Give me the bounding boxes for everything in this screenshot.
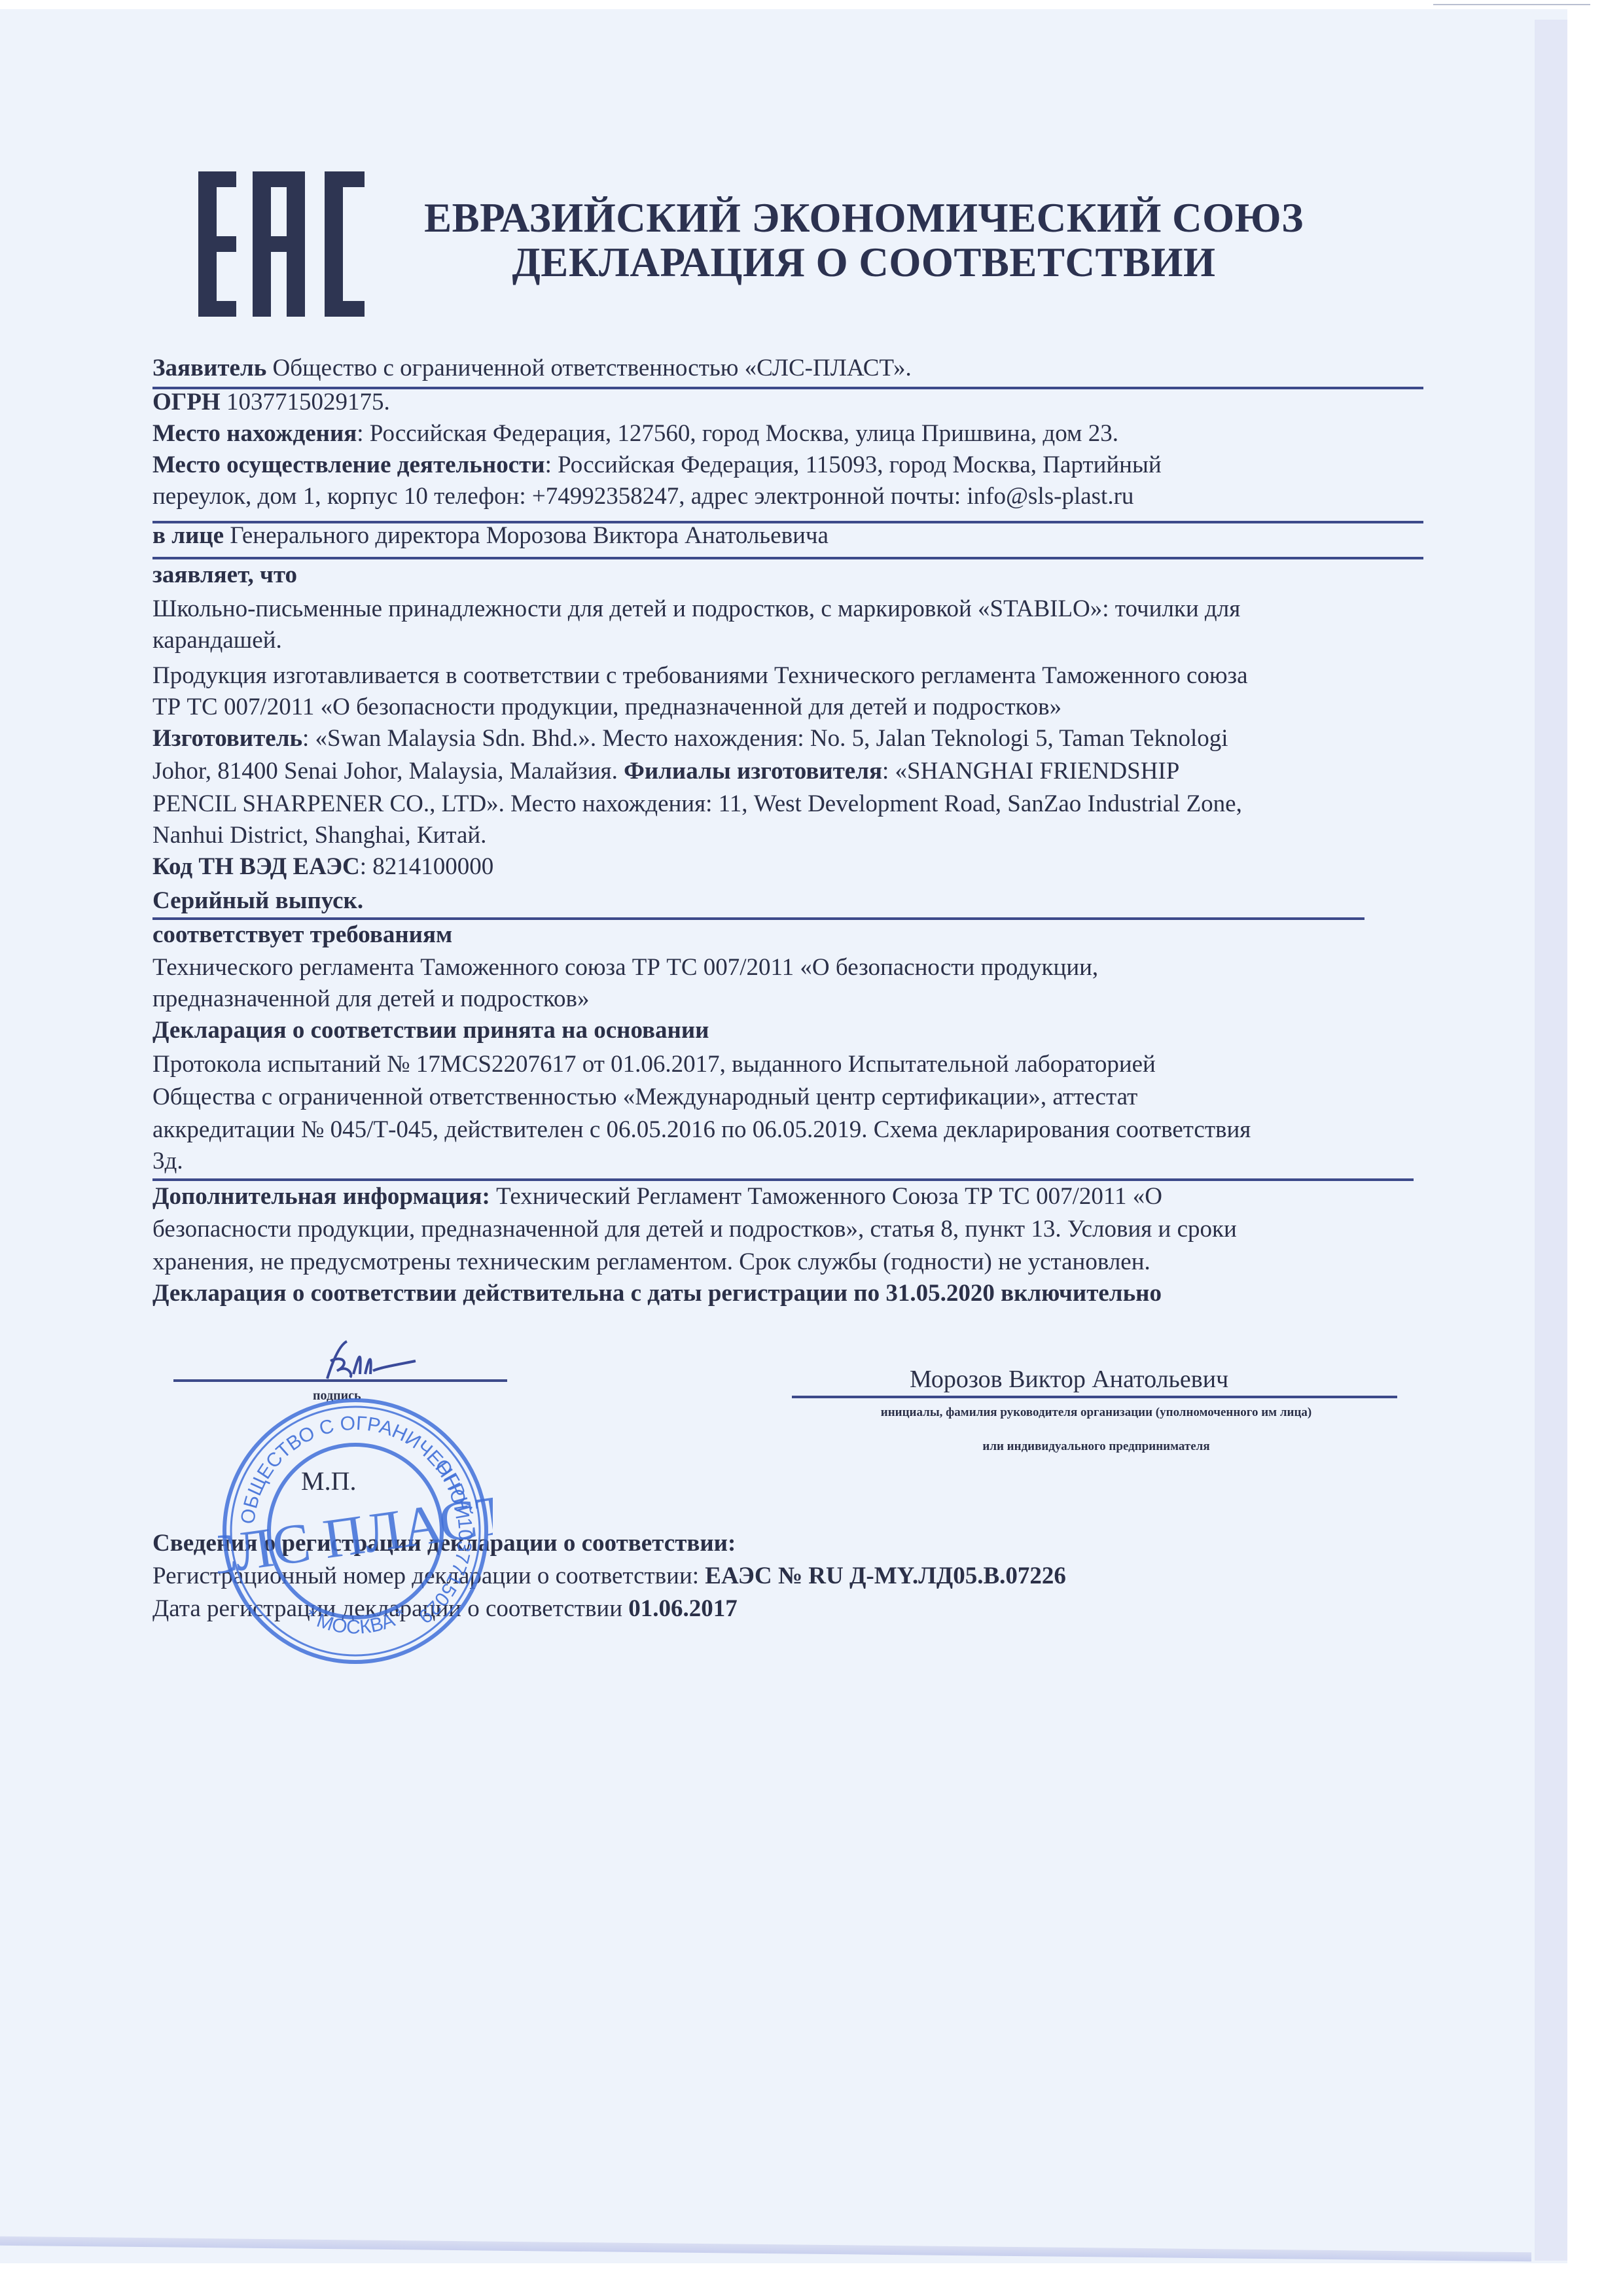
production-statement-continued: ТР ТС 007/2011 «О безопасности продукции…	[152, 692, 1061, 722]
scan-edge-band	[1535, 20, 1567, 2261]
company-stamp-icon: ОБЩЕСТВО С ОГРАНИЧЕННОЙ ОТВЕТСТВЕННОСТЬЮ…	[218, 1394, 493, 1669]
divider	[152, 557, 1423, 559]
product-description: Школьно-письменные принадлежности для де…	[152, 594, 1240, 624]
hs-code-value: : 8214100000	[360, 853, 494, 880]
ogrn-label: ОГРН	[152, 389, 221, 415]
ogrn-row: ОГРН 1037715029175.	[152, 387, 390, 417]
activity-row: Место осуществление деятельности: Россий…	[152, 450, 1162, 480]
validity-statement: Декларация о соответствии действительна …	[152, 1279, 1162, 1309]
additional-info-3: хранения, не предусмотрены техническим р…	[152, 1247, 1150, 1277]
basis-text-3: аккредитации № 045/Т-045, действителен с…	[152, 1115, 1251, 1145]
serial-release: Серийный выпуск.	[152, 886, 363, 916]
basis-text-1: Протокола испытаний № 17MCS2207617 от 01…	[152, 1050, 1156, 1080]
complies-text-continued: предназначенной для детей и подростков»	[152, 984, 589, 1014]
signer-line	[792, 1396, 1397, 1398]
manufacturer-row-4: Nanhui District, Shanghai, Китай.	[152, 821, 486, 851]
signer-caption-2: или индивидуального предпринимателя	[795, 1439, 1397, 1454]
applicant-value: Общество с ограниченной ответственностью…	[266, 355, 912, 381]
manufacturer-country: Johor, 81400 Senai Johor, Malaysia, Мала…	[152, 758, 624, 785]
activity-label: Место осуществление деятельности	[152, 451, 545, 478]
product-description-continued: карандашей.	[152, 626, 282, 656]
activity-row-continued: переулок, дом 1, корпус 10 телефон: +749…	[152, 482, 1133, 512]
scan-top-edge	[1433, 4, 1590, 5]
manufacturer-row-2: Johor, 81400 Senai Johor, Malaysia, Мала…	[152, 756, 1179, 786]
basis-text-4: 3д.	[152, 1146, 183, 1176]
represented-by-value: Генерального директора Морозова Виктора …	[224, 522, 829, 549]
activity-value: : Российская Федерация, 115093, город Мо…	[545, 451, 1162, 478]
complies-text: Технического регламента Таможенного союз…	[152, 953, 1098, 983]
signature-line	[173, 1379, 507, 1382]
applicant-label: Заявитель	[152, 355, 266, 381]
hs-code-label: Код ТН ВЭД ЕАЭС	[152, 853, 360, 880]
manufacturer-label: Изготовитель	[152, 725, 302, 752]
location-value: : Российская Федерация, 127560, город Мо…	[357, 420, 1118, 447]
branches-label: Филиалы изготовителя	[624, 758, 882, 785]
additional-info-2: безопасности продукции, предназначенной …	[152, 1214, 1237, 1245]
registration-number-value: ЕАЭС № RU Д-MY.ЛД05.В.07226	[705, 1563, 1066, 1589]
represented-by-label: в лице	[152, 522, 224, 549]
eac-logo-icon	[198, 171, 365, 317]
basis-text-2: Общества с ограниченной ответственностью…	[152, 1082, 1137, 1112]
manufacturer-row-3: PENCIL SHARPENER CO., LTD». Место нахожд…	[152, 789, 1242, 819]
location-row: Место нахождения: Российская Федерация, …	[152, 419, 1118, 449]
additional-info-row: Дополнительная информация: Технический Р…	[152, 1182, 1162, 1212]
signer-name: Морозов Виктор Анатольевич	[910, 1365, 1228, 1394]
title-declaration: ДЕКЛАРАЦИЯ О СООТВЕТСТВИИ	[393, 241, 1335, 284]
manufacturer-row: Изготовитель: «Swan Malaysia Sdn. Bhd.».…	[152, 724, 1228, 754]
svg-text:* МОСКВА *: * МОСКВА *	[302, 1604, 410, 1638]
branches-value: : «SHANGHAI FRIENDSHIP	[882, 758, 1179, 785]
location-label: Место нахождения	[152, 420, 357, 447]
represented-by-row: в лице Генерального директора Морозова В…	[152, 521, 829, 551]
hs-code-row: Код ТН ВЭД ЕАЭС: 8214100000	[152, 852, 493, 882]
signer-caption: инициалы, фамилия руководителя организац…	[795, 1405, 1397, 1420]
applicant-row: Заявитель Общество с ограниченной ответс…	[152, 353, 912, 383]
title-union: ЕВРАЗИЙСКИЙ ЭКОНОМИЧЕСКИЙ СОЮЗ	[393, 196, 1335, 239]
complies-label: соответствует требованиям	[152, 920, 452, 950]
registration-date-value: 01.06.2017	[628, 1595, 738, 1622]
manufacturer-value: : «Swan Malaysia Sdn. Bhd.». Место нахож…	[302, 725, 1228, 752]
additional-info-label: Дополнительная информация:	[152, 1183, 490, 1210]
divider	[152, 1178, 1414, 1181]
basis-label: Декларация о соответствии принята на осн…	[152, 1016, 709, 1046]
signature-icon	[314, 1338, 419, 1384]
declares-label: заявляет, что	[152, 560, 297, 590]
ogrn-value: 1037715029175.	[221, 389, 390, 415]
additional-info-value: Технический Регламент Таможенного Союза …	[490, 1183, 1162, 1210]
stamp-ring-bottom: * МОСКВА *	[302, 1604, 410, 1638]
production-statement: Продукция изготавливается в соответствии…	[152, 661, 1248, 691]
